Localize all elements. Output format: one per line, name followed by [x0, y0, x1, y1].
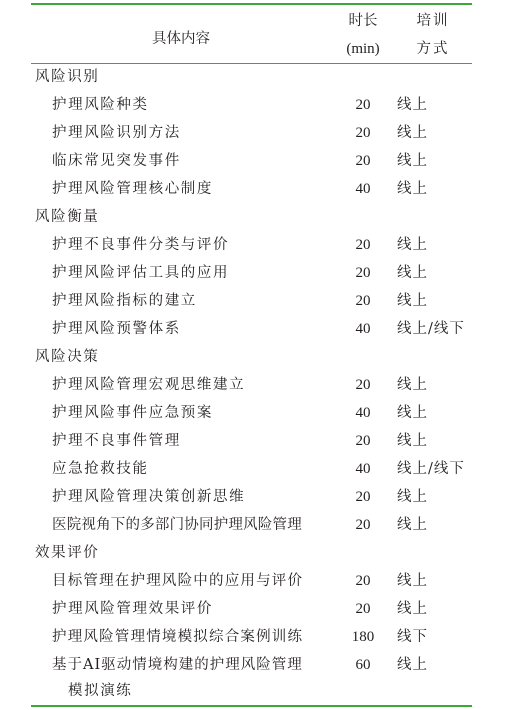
item-duration: 20 — [345, 91, 381, 119]
item-content: 医院视角下的多部门协同护理风险管理 — [52, 511, 302, 539]
header-mode-line1: 培训 — [403, 7, 463, 35]
table-row: 应急抢救技能 40 线上/线下 — [31, 455, 472, 483]
table-row: 护理风险管理核心制度 40 线上 — [31, 175, 472, 203]
item-duration: 40 — [345, 455, 381, 483]
item-mode: 线上 — [397, 231, 428, 259]
item-mode: 线上/线下 — [397, 455, 465, 483]
item-mode: 线上 — [397, 91, 428, 119]
item-mode: 线上 — [397, 567, 428, 595]
item-duration: 20 — [345, 595, 381, 623]
item-content: 护理风险管理情境模拟综合案例训练 — [52, 623, 303, 651]
item-duration: 20 — [345, 371, 381, 399]
item-duration: 20 — [345, 483, 381, 511]
item-mode: 线上 — [397, 511, 428, 539]
item-mode: 线上 — [397, 259, 428, 287]
table-row: 护理风险管理宏观思维建立 20 线上 — [31, 371, 472, 399]
table-row: 护理风险管理情境模拟综合案例训练 180 线下 — [31, 623, 472, 651]
item-content: 护理不良事件分类与评价 — [52, 231, 229, 259]
item-content: 护理不良事件管理 — [52, 427, 181, 455]
header-duration: 时长 (min) — [331, 7, 395, 63]
table-row: 护理风险评估工具的应用 20 线上 — [31, 259, 472, 287]
item-mode: 线上/线下 — [397, 315, 465, 343]
item-mode: 线上 — [397, 595, 428, 623]
item-content: 护理风险事件应急预案 — [52, 399, 213, 427]
item-duration: 20 — [345, 231, 381, 259]
item-mode: 线下 — [397, 623, 428, 651]
table-row: 护理风险识别方法 20 线上 — [31, 119, 472, 147]
item-duration: 60 — [345, 651, 381, 679]
header-mode: 培训 方式 — [403, 7, 463, 63]
item-duration: 40 — [345, 399, 381, 427]
item-duration: 180 — [345, 623, 381, 651]
header-duration-line2: (min) — [331, 35, 395, 63]
table-top-rule — [31, 3, 472, 5]
section-row: 风险衡量 — [31, 203, 472, 231]
item-content: 应急抢救技能 — [52, 455, 149, 483]
table-row-continuation: 模拟演练 — [31, 677, 472, 705]
item-duration: 40 — [345, 315, 381, 343]
item-mode: 线上 — [397, 119, 428, 147]
item-duration: 20 — [345, 119, 381, 147]
item-mode: 线上 — [397, 371, 428, 399]
item-duration: 20 — [345, 427, 381, 455]
table-row: 临床常见突发事件 20 线上 — [31, 147, 472, 175]
section-title: 风险识别 — [35, 63, 99, 91]
item-mode: 线上 — [397, 147, 428, 175]
item-mode: 线上 — [397, 287, 428, 315]
item-mode: 线上 — [397, 483, 428, 511]
item-duration: 40 — [345, 175, 381, 203]
table-row: 基于AI驱动情境构建的护理风险管理 60 线上 — [31, 651, 472, 679]
header-content: 具体内容 — [31, 27, 331, 48]
item-content: 护理风险种类 — [52, 91, 149, 119]
item-duration: 20 — [345, 147, 381, 175]
section-row: 风险识别 — [31, 63, 472, 91]
section-row: 风险决策 — [31, 343, 472, 371]
item-duration: 20 — [345, 287, 381, 315]
table-row: 护理风险管理效果评价 20 线上 — [31, 595, 472, 623]
section-row: 效果评价 — [31, 539, 472, 567]
item-content: 护理风险预警体系 — [52, 315, 181, 343]
table-row: 护理风险管理决策创新思维 20 线上 — [31, 483, 472, 511]
item-content: 护理风险管理宏观思维建立 — [52, 371, 245, 399]
header-duration-line1: 时长 — [331, 7, 395, 35]
item-content: 基于AI驱动情境构建的护理风险管理 — [52, 651, 303, 679]
section-title: 效果评价 — [35, 539, 99, 567]
item-content: 护理风险管理效果评价 — [52, 595, 213, 623]
header-mode-line2: 方式 — [403, 35, 463, 63]
table-row: 护理风险预警体系 40 线上/线下 — [31, 315, 472, 343]
table-row: 目标管理在护理风险中的应用与评价 20 线上 — [31, 567, 472, 595]
table-row: 护理风险指标的建立 20 线上 — [31, 287, 472, 315]
section-title: 风险决策 — [35, 343, 99, 371]
item-mode: 线上 — [397, 175, 428, 203]
table-row: 护理不良事件分类与评价 20 线上 — [31, 231, 472, 259]
table-row: 医院视角下的多部门协同护理风险管理 20 线上 — [31, 511, 472, 539]
item-content: 临床常见突发事件 — [52, 147, 181, 175]
item-duration: 20 — [345, 567, 381, 595]
item-mode: 线上 — [397, 399, 428, 427]
table-row: 护理风险事件应急预案 40 线上 — [31, 399, 472, 427]
table-row: 护理风险种类 20 线上 — [31, 91, 472, 119]
table-row: 护理不良事件管理 20 线上 — [31, 427, 472, 455]
item-content: 护理风险管理决策创新思维 — [52, 483, 245, 511]
item-duration: 20 — [345, 259, 381, 287]
item-content: 护理风险管理核心制度 — [52, 175, 213, 203]
item-content: 目标管理在护理风险中的应用与评价 — [52, 567, 303, 595]
item-content: 护理风险评估工具的应用 — [52, 259, 229, 287]
item-content: 护理风险识别方法 — [52, 119, 181, 147]
item-mode: 线上 — [397, 427, 428, 455]
item-mode: 线上 — [397, 651, 428, 679]
item-duration: 20 — [345, 511, 381, 539]
table-bottom-rule — [31, 705, 472, 707]
section-title: 风险衡量 — [35, 203, 99, 231]
item-content: 护理风险指标的建立 — [52, 287, 197, 315]
item-content-continuation: 模拟演练 — [68, 677, 132, 705]
